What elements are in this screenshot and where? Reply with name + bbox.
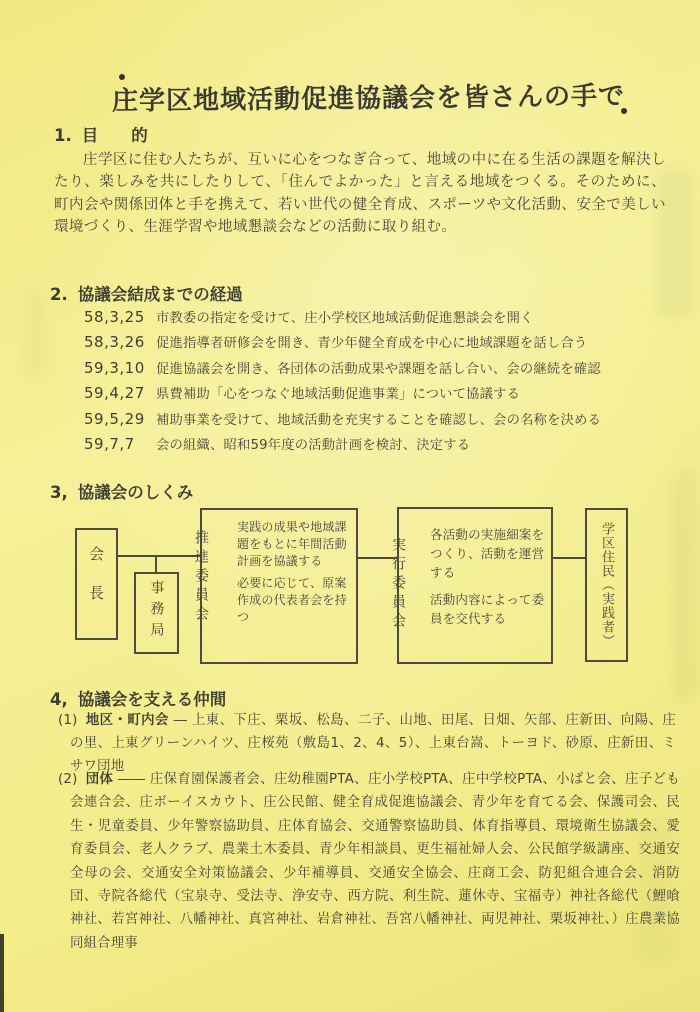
executive-committee-line2: 活動内容によって委員を交代する (430, 590, 547, 628)
event-description: 補助事業を受けて、地域活動を充実することを確認し、会の名称を決める (156, 409, 601, 428)
executive-committee-line1: 各活動の実施細案をつくり、活動を運営する (430, 525, 547, 582)
chairman-box: 会長 (75, 528, 118, 640)
section-2-heading: 2.協議会結成までの経過 (50, 281, 243, 305)
section-1-title: 目 的 (82, 126, 148, 145)
promotion-committee-box: 推進委員会 実践の成果や地域課題をもとに年間活動計画を協議する 必要に応じて、原… (200, 508, 358, 664)
item-label: 地区・町内会 (86, 713, 169, 728)
residents-box: 学区住民（実践者） (585, 508, 628, 662)
scan-edge-artifact (0, 934, 4, 1012)
ink-dot (119, 74, 125, 80)
item-number: (2) (58, 772, 78, 787)
page-title: 庄学区地域活動促進協議会を皆さんの手で (112, 75, 625, 117)
history-event-list: 58,3,25 市教委の指定を受けて、庄小学校区地域活動促進懇談会を開く 58,… (84, 307, 674, 459)
executive-committee-description: 各活動の実施細案をつくり、活動を運営する 活動内容によって委員を交代する (427, 509, 551, 638)
event-description: 県費補助「心をつなぐ地域活動促進事業」について協議する (156, 383, 520, 402)
section-2-title: 協議会結成までの経過 (78, 285, 243, 304)
item-dash: ― (174, 713, 188, 728)
event-description: 市教委の指定を受けて、庄小学校区地域活動促進懇談会を開く (156, 307, 534, 326)
section-3-number: 3, (50, 483, 68, 502)
item-number: (1) (58, 713, 78, 728)
history-event-row: 59,7,7 会の組織、昭和59年度の活動計画を検討、決定する (84, 434, 674, 459)
promotion-committee-description: 実践の成果や地域課題をもとに年間活動計画を協議する 必要に応じて、原案作成の代表… (234, 510, 356, 633)
chairman-label: 会長 (86, 530, 107, 624)
event-date: 58,3,26 (84, 333, 156, 351)
item-dash: ―― (118, 772, 145, 787)
section-1-heading: 1.目 的 (54, 122, 148, 146)
history-event-row: 59,4,27 県費補助「心をつなぐ地域活動促進事業」について協議する (84, 383, 674, 408)
history-event-row: 59,3,10 促進協議会を開き、各団体の活動成果や課題を話し合い、会の継続を確… (84, 358, 674, 383)
promotion-committee-label: 推進委員会 (191, 530, 211, 625)
connector-line (552, 557, 586, 559)
event-description: 促進協議会を開き、各団体の活動成果や課題を話し合い、会の継続を確認 (156, 358, 601, 377)
item-label: 団体 (86, 772, 114, 787)
event-description: 会の組織、昭和59年度の活動計画を検討、決定する (156, 434, 470, 453)
section-3-title: 協議会のしくみ (78, 483, 194, 502)
ink-dot (621, 108, 627, 114)
event-date: 59,5,29 (84, 410, 156, 428)
item-text: 庄保育園保護者会、庄幼稚園PTA、庄小学校PTA、庄中学校PTA、小ばと会、庄子… (70, 772, 680, 951)
executive-committee-box: 実行委員会 各活動の実施細案をつくり、活動を運営する 活動内容によって委員を交代… (397, 507, 553, 664)
bleed-through-mark (672, 470, 698, 700)
event-date: 59,3,10 (84, 359, 156, 377)
event-date: 58,3,25 (84, 308, 156, 326)
section-4-title: 協議会を支える仲間 (78, 690, 227, 709)
supporter-item-organizations: (2)団体 ―― 庄保育園保護者会、庄幼稚園PTA、庄小学校PTA、庄中学校PT… (58, 768, 680, 955)
connector-line (117, 555, 201, 557)
connector-line (155, 556, 157, 573)
event-date: 59,4,27 (84, 384, 156, 402)
executive-committee-label: 実行委員会 (388, 537, 408, 632)
secretariat-box: 事務局 (134, 572, 179, 654)
section-4-heading: 4,協議会を支える仲間 (50, 686, 226, 710)
purpose-paragraph: 庄学区に住む人たちが、互いに心をつなぎ合って、地域の中に在る生活の課題を解決した… (54, 149, 666, 239)
document-page: 庄学区地域活動促進協議会を皆さんの手で 1.目 的 庄学区に住む人たちが、互いに… (0, 0, 700, 1012)
event-description: 促進指導者研修会を開き、青少年健全育成を中心に地域課題を話し合う (156, 332, 587, 351)
bleed-through-mark (26, 292, 44, 382)
history-event-row: 58,3,26 促進指導者研修会を開き、青少年健全育成を中心に地域課題を話し合う (84, 332, 674, 357)
section-2-number: 2. (50, 285, 68, 304)
event-date: 59,7,7 (84, 435, 156, 453)
promotion-committee-line2: 必要に応じて、原案作成の代表者会を持つ (237, 575, 352, 626)
section-3-heading: 3,協議会のしくみ (50, 479, 193, 503)
section-4-number: 4, (50, 690, 68, 709)
history-event-row: 59,5,29 補助事業を受けて、地域活動を充実することを確認し、会の名称を決め… (84, 409, 674, 434)
residents-label: 学区住民（実践者） (597, 522, 616, 648)
section-1-number: 1. (54, 126, 72, 145)
history-event-row: 58,3,25 市教委の指定を受けて、庄小学校区地域活動促進懇談会を開く (84, 307, 674, 332)
secretariat-label: 事務局 (147, 574, 167, 643)
promotion-committee-line1: 実践の成果や地域課題をもとに年間活動計画を協議する (237, 519, 352, 570)
